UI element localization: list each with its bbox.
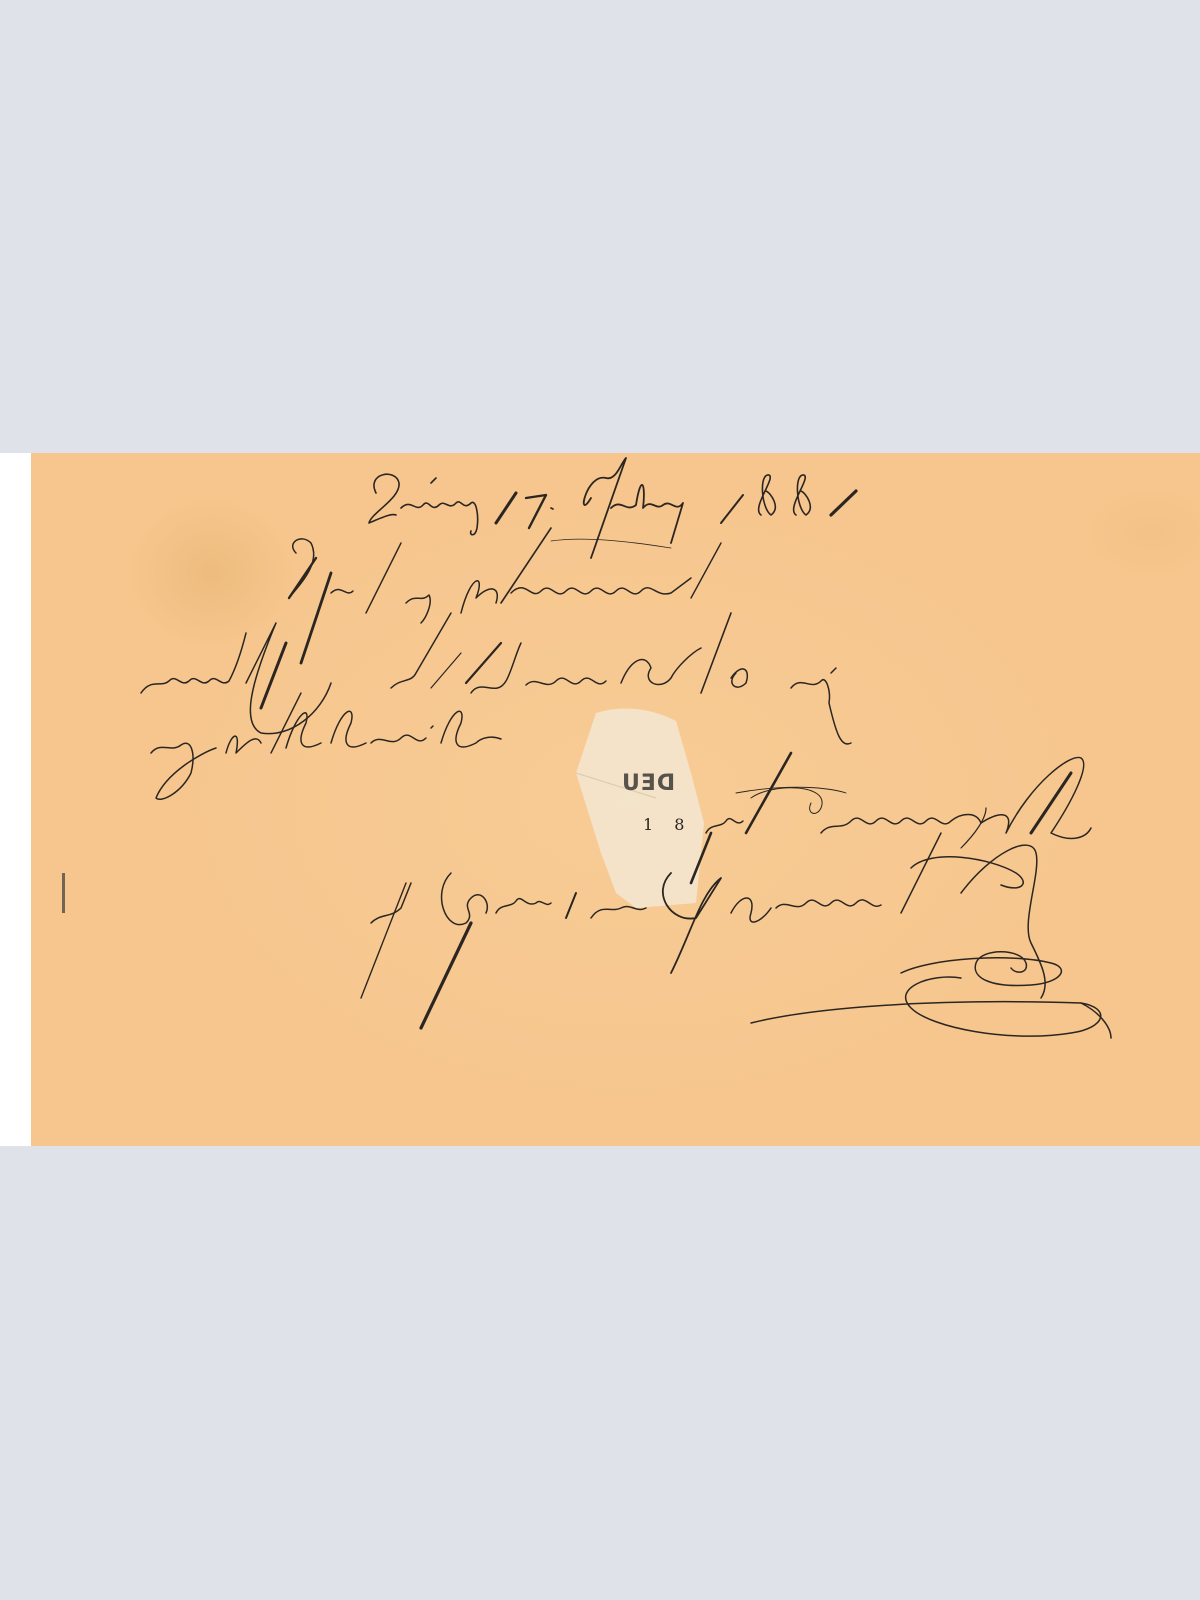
handwriting-line-4 <box>151 643 501 799</box>
scanned-card-area: DEU 1 8 <box>0 453 1200 1146</box>
handwriting-line-closing <box>706 753 1091 848</box>
handwriting-line-date <box>369 458 856 558</box>
handwriting-line-3 <box>141 613 851 744</box>
handwriting-line-signature <box>361 833 1111 1038</box>
handwriting-line-2 <box>289 528 721 663</box>
postcard: DEU 1 8 <box>31 453 1200 1146</box>
handwriting <box>31 453 1200 1146</box>
